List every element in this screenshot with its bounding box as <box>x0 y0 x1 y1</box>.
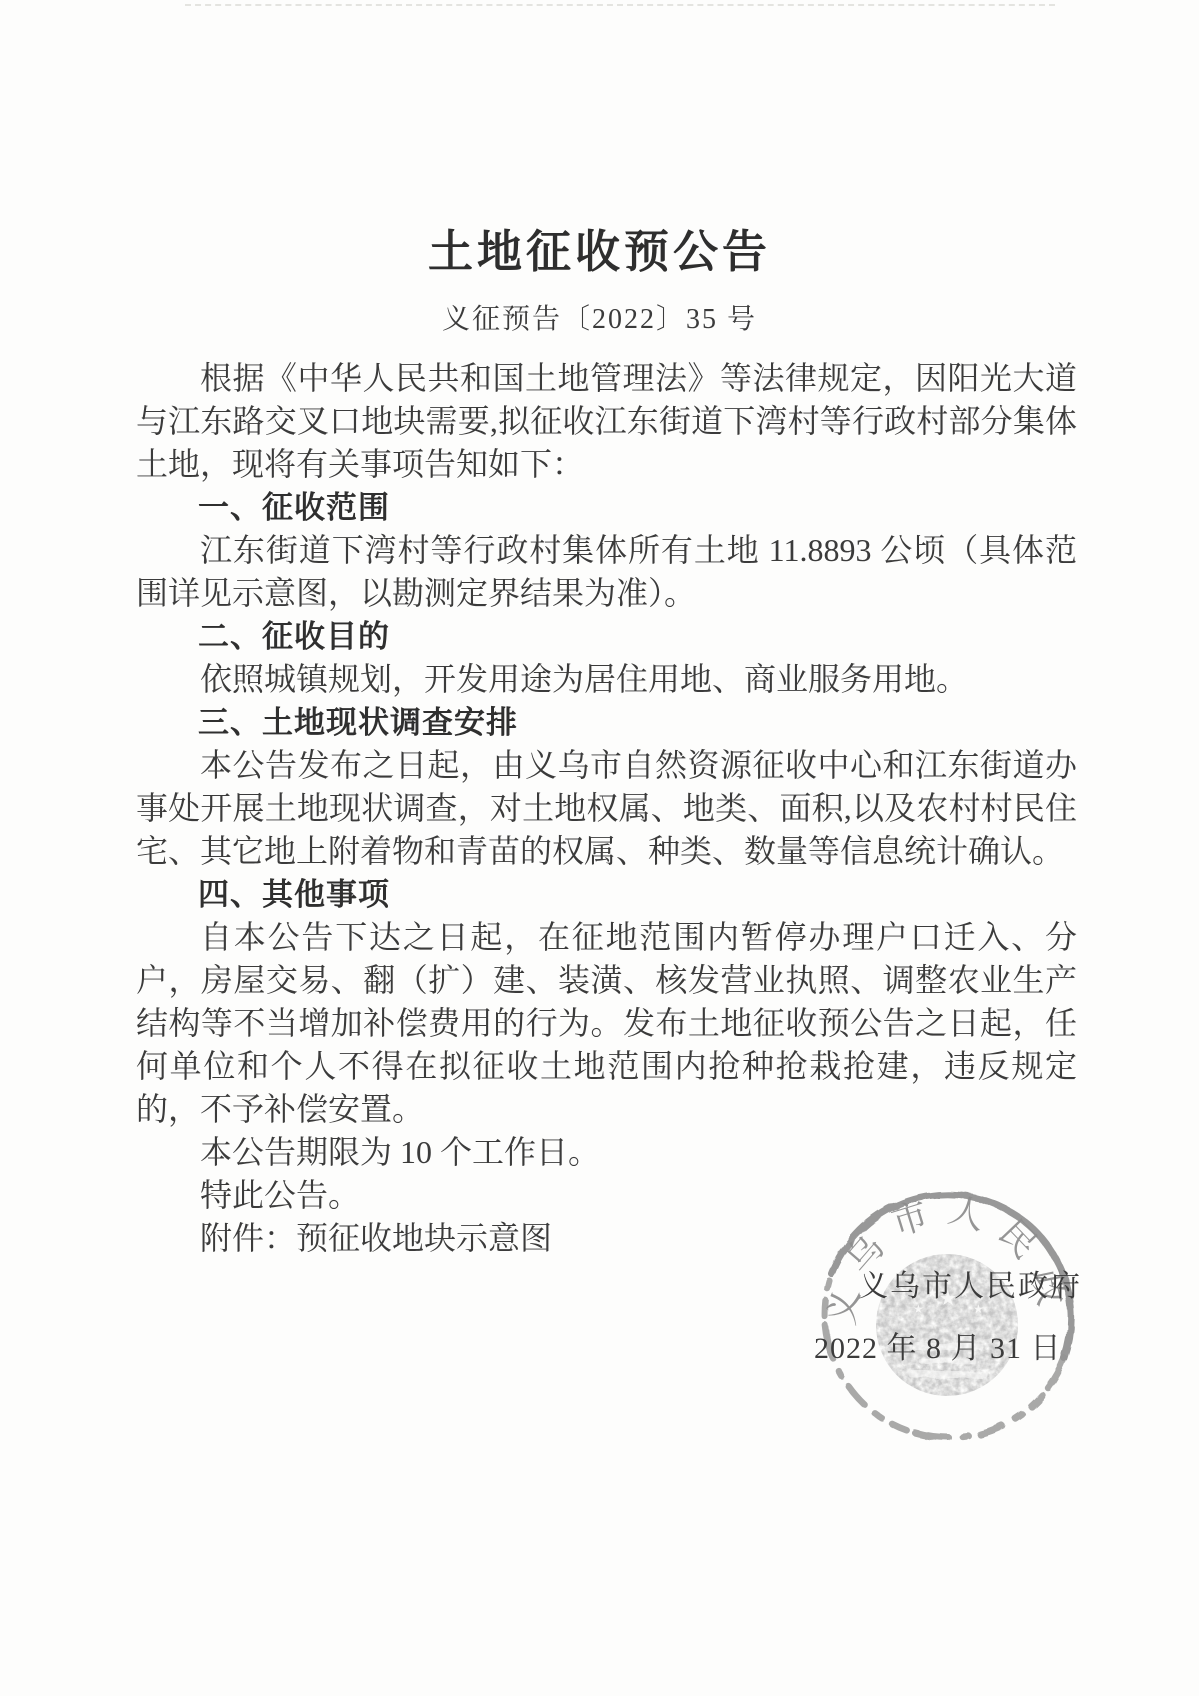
section-1-heading: 一、征收范围 <box>136 486 1077 529</box>
scan-artifact-line <box>185 4 1055 6</box>
issuer-signature: 义乌市人民政府 <box>858 1266 1082 1308</box>
section-1-body: 江东街道下湾村等行政村集体所有土地 11.8893 公顷（具体范围详见示意图，以… <box>136 529 1077 615</box>
intro-paragraph: 根据《中华人民共和国土地管理法》等法律规定，因阳光大道与江东路交叉口地块需要,拟… <box>136 357 1077 486</box>
issue-date: 2022 年 8 月 31 日 <box>814 1328 1062 1370</box>
section-4-body: 自本公告下达之日起，在征地范围内暂停办理户口迁入、分户，房屋交易、翻（扩）建、装… <box>136 916 1077 1131</box>
section-2-body: 依照城镇规划，开发用途为居住用地、商业服务用地。 <box>136 658 1077 701</box>
section-4-heading: 四、其他事项 <box>136 873 1077 916</box>
page-title: 土地征收预公告 <box>0 224 1199 280</box>
announcement-page: 土地征收预公告 义征预告〔2022〕35 号 根据《中华人民共和国土地管理法》等… <box>0 0 1199 1696</box>
government-seal: ★ ★ ★ ★ ★ 义乌市人民政府 <box>813 1181 1083 1451</box>
doc-number: 义征预告〔2022〕35 号 <box>0 300 1199 340</box>
document-body: 根据《中华人民共和国土地管理法》等法律规定，因阳光大道与江东路交叉口地块需要,拟… <box>136 357 1077 1260</box>
section-3-body: 本公告发布之日起，由义乌市自然资源征收中心和江东街道办事处开展土地现状调查，对土… <box>136 744 1077 873</box>
section-3-heading: 三、土地现状调查安排 <box>136 701 1077 744</box>
section-2-heading: 二、征收目的 <box>136 615 1077 658</box>
duration-line: 本公告期限为 10 个工作日。 <box>136 1131 1077 1174</box>
